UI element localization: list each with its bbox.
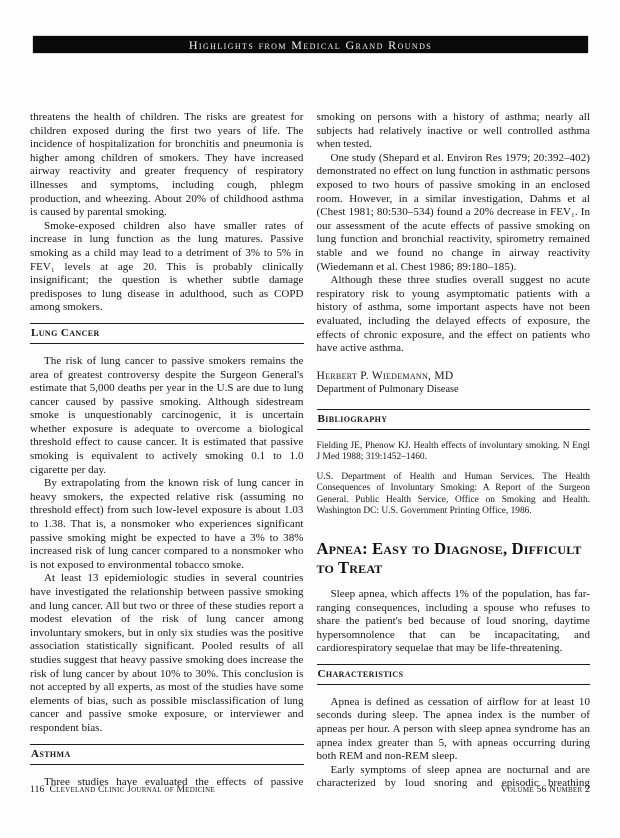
paragraph-lung-cancer-risk: The risk of lung cancer to passive smoke… [30, 355, 304, 477]
section-heading-lung-cancer: Lung Cancer [30, 323, 304, 344]
section-heading-asthma: Asthma [30, 744, 304, 765]
paragraph-although-three-studies: Although these three studies overall sug… [317, 274, 591, 356]
author-name: Herbert P. Wiedemann, MD [317, 369, 591, 383]
banner-title: Highlights from Medical Grand Rounds [189, 39, 432, 51]
paragraph-epidemiologic-studies: At least 13 epidemiologic studies in sev… [30, 572, 304, 735]
bibliography-reference: U.S. Department of Health and Human Serv… [317, 472, 591, 517]
section-heading-characteristics: Characteristics [317, 664, 591, 685]
author-block: Herbert P. Wiedemann, MD Department of P… [317, 369, 591, 396]
author-department: Department of Pulmonary Disease [317, 383, 591, 396]
paragraph-one-study: One study (Shepard et al. Environ Res 19… [317, 152, 591, 274]
bibliography-reference: Fielding JE, Phenow KJ. Health effects o… [317, 441, 591, 463]
paragraph-apnea-defined: Apnea is defined as cessation of airflow… [317, 696, 591, 764]
footer-volume-info: Volume 56 Number 2 [501, 785, 590, 796]
footer-journal-info: 116 Cleveland Clinic Journal of Medicine [30, 785, 215, 796]
right-column: smoking on persons with a history of ast… [317, 111, 591, 791]
footer-journal-name: Cleveland Clinic Journal of Medicine [50, 785, 215, 796]
paragraph-smoke-exposed: Smoke-exposed children also have smaller… [30, 220, 304, 315]
paragraph-sleep-apnea-intro: Sleep apnea, which affects 1% of the pop… [317, 588, 591, 656]
section-heading-bibliography: Bibliography [317, 409, 591, 430]
page-footer: 116 Cleveland Clinic Journal of Medicine… [30, 785, 590, 796]
footer-page-number: 116 [30, 785, 45, 796]
paragraph-extrapolating: By extrapolating from the known risk of … [30, 477, 304, 572]
two-column-layout: threatens the health of children. The ri… [30, 111, 590, 791]
paragraph-children-risks: threatens the health of children. The ri… [30, 111, 304, 220]
left-column: threatens the health of children. The ri… [30, 111, 304, 791]
journal-page: Highlights from Medical Grand Rounds thr… [0, 0, 620, 838]
article-title-apnea: Apnea: Easy to Diagnose, Difficult to Tr… [317, 539, 591, 577]
page-banner: Highlights from Medical Grand Rounds [33, 36, 588, 53]
paragraph-smoking-asthma-history: smoking on persons with a history of ast… [317, 111, 591, 152]
